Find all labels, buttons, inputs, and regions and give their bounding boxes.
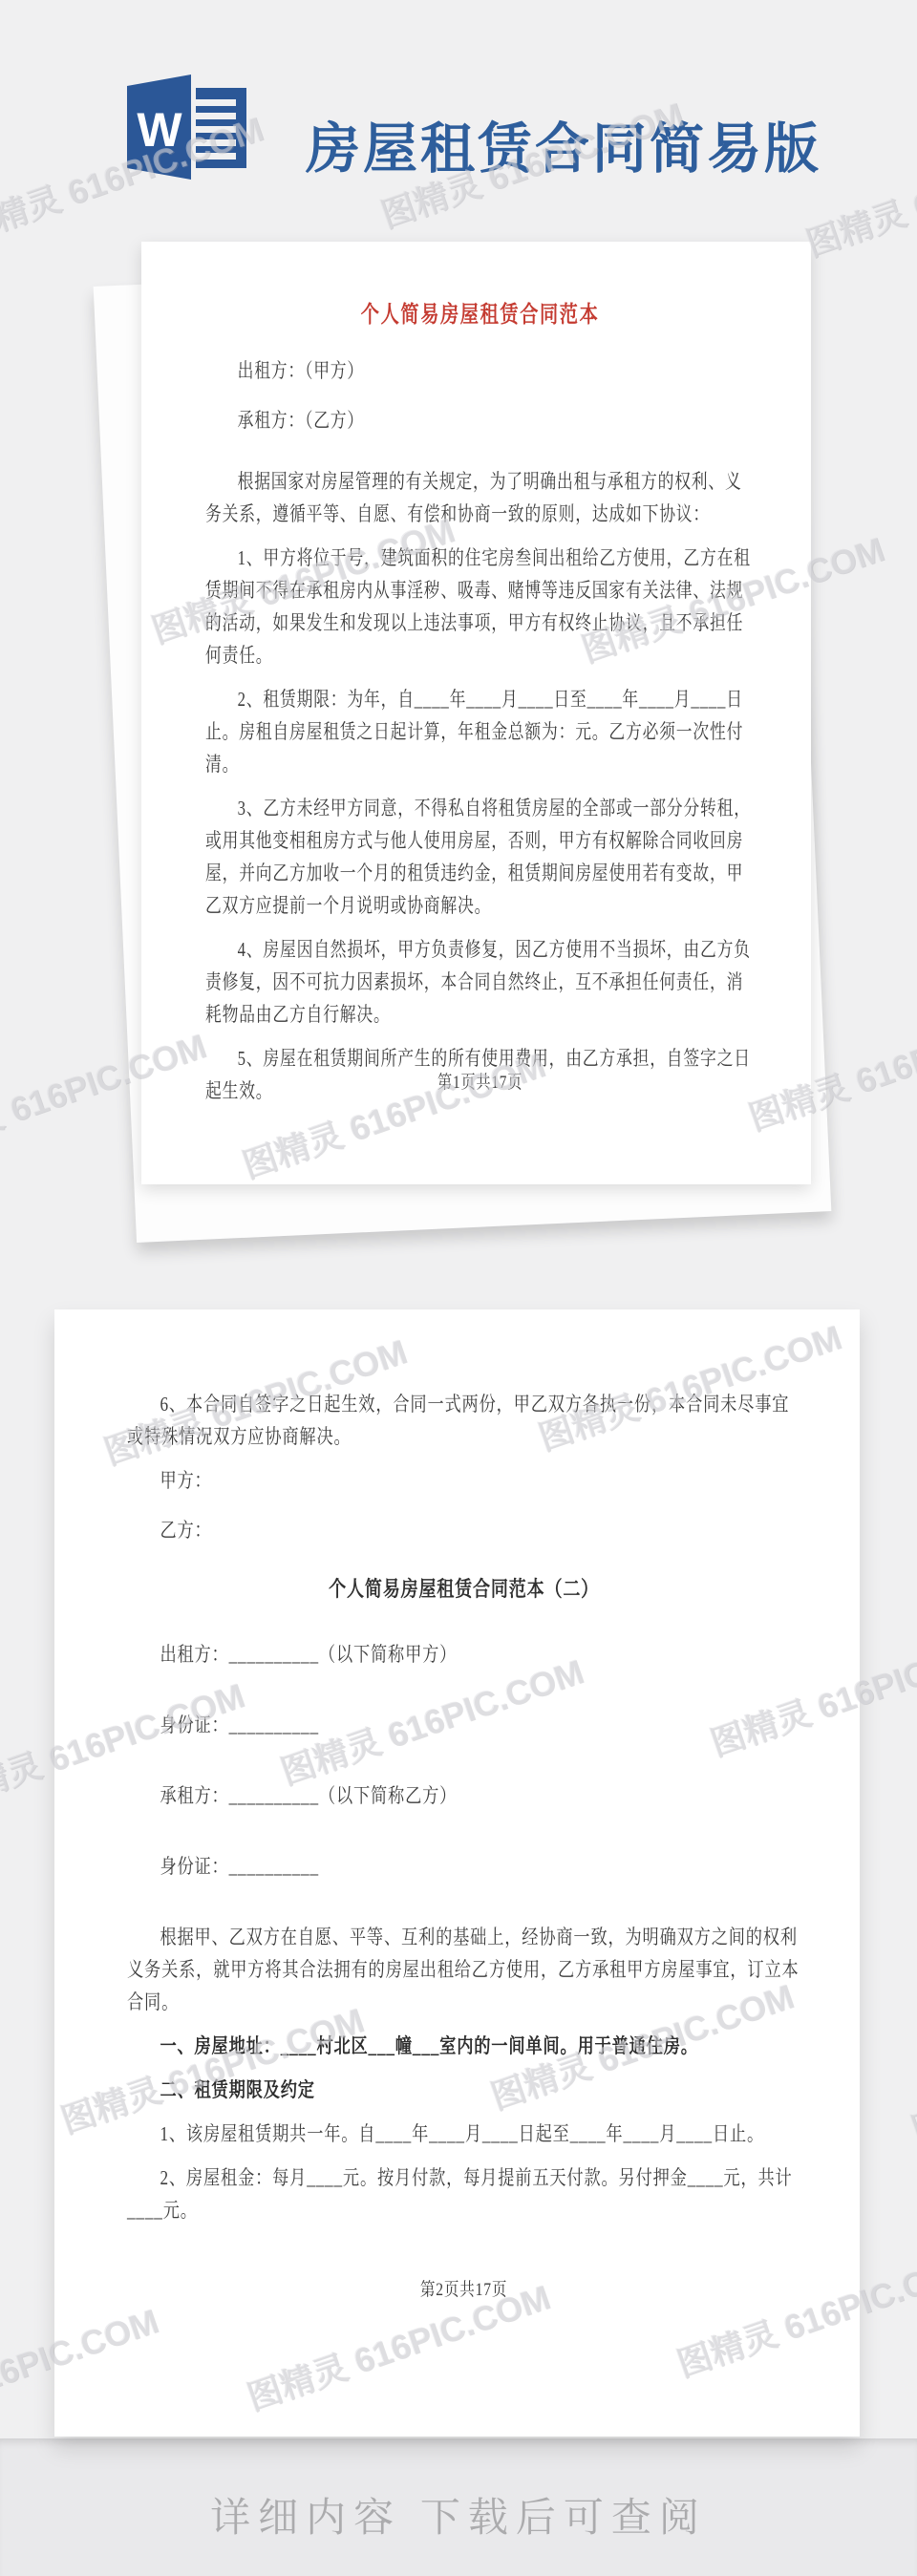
- paragraph: 2、租赁期限：为年，自____年____月____日至____年____月___…: [205, 683, 755, 780]
- page-2-footer: 第2页共17页: [127, 2275, 800, 2301]
- paragraph: 出租方：（甲方）: [205, 354, 755, 387]
- paragraph: 承租方：__________（以下简称乙方）: [127, 1779, 800, 1812]
- paragraph: 出租方：__________（以下简称甲方）: [127, 1638, 800, 1671]
- page-title: 房屋租赁合同简易版: [306, 105, 821, 183]
- paragraph: 乙方：: [127, 1514, 800, 1546]
- paragraph: 3、乙方未经甲方同意，不得私自将租赁房屋的全部或一部分分转租，或用其他变相租房方…: [205, 792, 755, 922]
- page-1-paragraphs: 出租方：（甲方）承租方：（乙方）根据国家对房屋管理的有关规定，为了明确出租与承租…: [205, 354, 755, 1107]
- paragraph: 身份证：__________: [127, 1709, 800, 1741]
- paragraph: 一、房屋地址：____村北区___幢___室内的一间单间。用于普通住房。: [127, 2030, 800, 2062]
- page-2-text-column: 6、本合同自签字之日起生效，合同一式两份，甲乙双方各执一份，本合同未尽事宜或特殊…: [127, 1309, 800, 2437]
- paragraph: 承租方：（乙方）: [205, 404, 755, 436]
- page-1-footer: 第1页共17页: [205, 1068, 755, 1094]
- paragraph: 2、房屋租金：每月____元。按月付款，每月提前五天付款。另付押金____元，共…: [127, 2161, 800, 2226]
- contract-page-1: 个人简易房屋租赁合同范本 出租方：（甲方）承租方：（乙方）根据国家对房屋管理的有…: [141, 242, 811, 1184]
- page-1-text-column: 个人简易房屋租赁合同范本 出租方：（甲方）承租方：（乙方）根据国家对房屋管理的有…: [205, 242, 755, 1184]
- word-document-icon: W: [124, 73, 252, 187]
- paragraph: 个人简易房屋租赁合同范本（二）: [127, 1573, 800, 1606]
- document-title: 个人简易房屋租赁合同范本: [205, 242, 755, 330]
- paragraph: 二、租赁期限及约定: [127, 2074, 800, 2106]
- watermark-text: 图精灵 616PIC.COM: [904, 2003, 917, 2152]
- download-hint-text: 详细内容 下载后可查阅: [0, 2486, 917, 2544]
- page-2-paragraphs: 6、本合同自签字之日起生效，合同一式两份，甲乙双方各执一份，本合同未尽事宜或特殊…: [127, 1309, 800, 2226]
- template-preview-page: { "header": { "title": "房屋租赁合同简易版", "ico…: [0, 0, 917, 2576]
- bottom-bar: 详细内容 下载后可查阅: [0, 2438, 917, 2576]
- paragraph: 甲方：: [127, 1464, 800, 1497]
- paragraph: 根据国家对房屋管理的有关规定，为了明确出租与承租方的权利、义务关系，遵循平等、自…: [205, 465, 755, 530]
- paragraph: 6、本合同自签字之日起生效，合同一式两份，甲乙双方各执一份，本合同未尽事宜或特殊…: [127, 1309, 800, 1453]
- paragraph: 身份证：__________: [127, 1850, 800, 1883]
- paragraph: 1、该房屋租赁期共一年。自____年____月____日起至____年____月…: [127, 2118, 800, 2150]
- paragraph: 1、甲方将位于号，建筑面积的住宅房叁间出租给乙方使用，乙方在租赁期间不得在承租房…: [205, 542, 755, 671]
- contract-page-2: 6、本合同自签字之日起生效，合同一式两份，甲乙双方各执一份，本合同未尽事宜或特殊…: [54, 1309, 860, 2437]
- paragraph: 4、房屋因自然损坏，甲方负责修复，因乙方使用不当损坏，由乙方负责修复，因不可抗力…: [205, 933, 755, 1031]
- svg-text:W: W: [137, 103, 182, 157]
- header: W 房屋租赁合同简易版: [0, 0, 917, 220]
- paragraph: 根据甲、乙双方在自愿、平等、互利的基础上，经协商一致，为明确双方之间的权利义务关…: [127, 1921, 800, 2018]
